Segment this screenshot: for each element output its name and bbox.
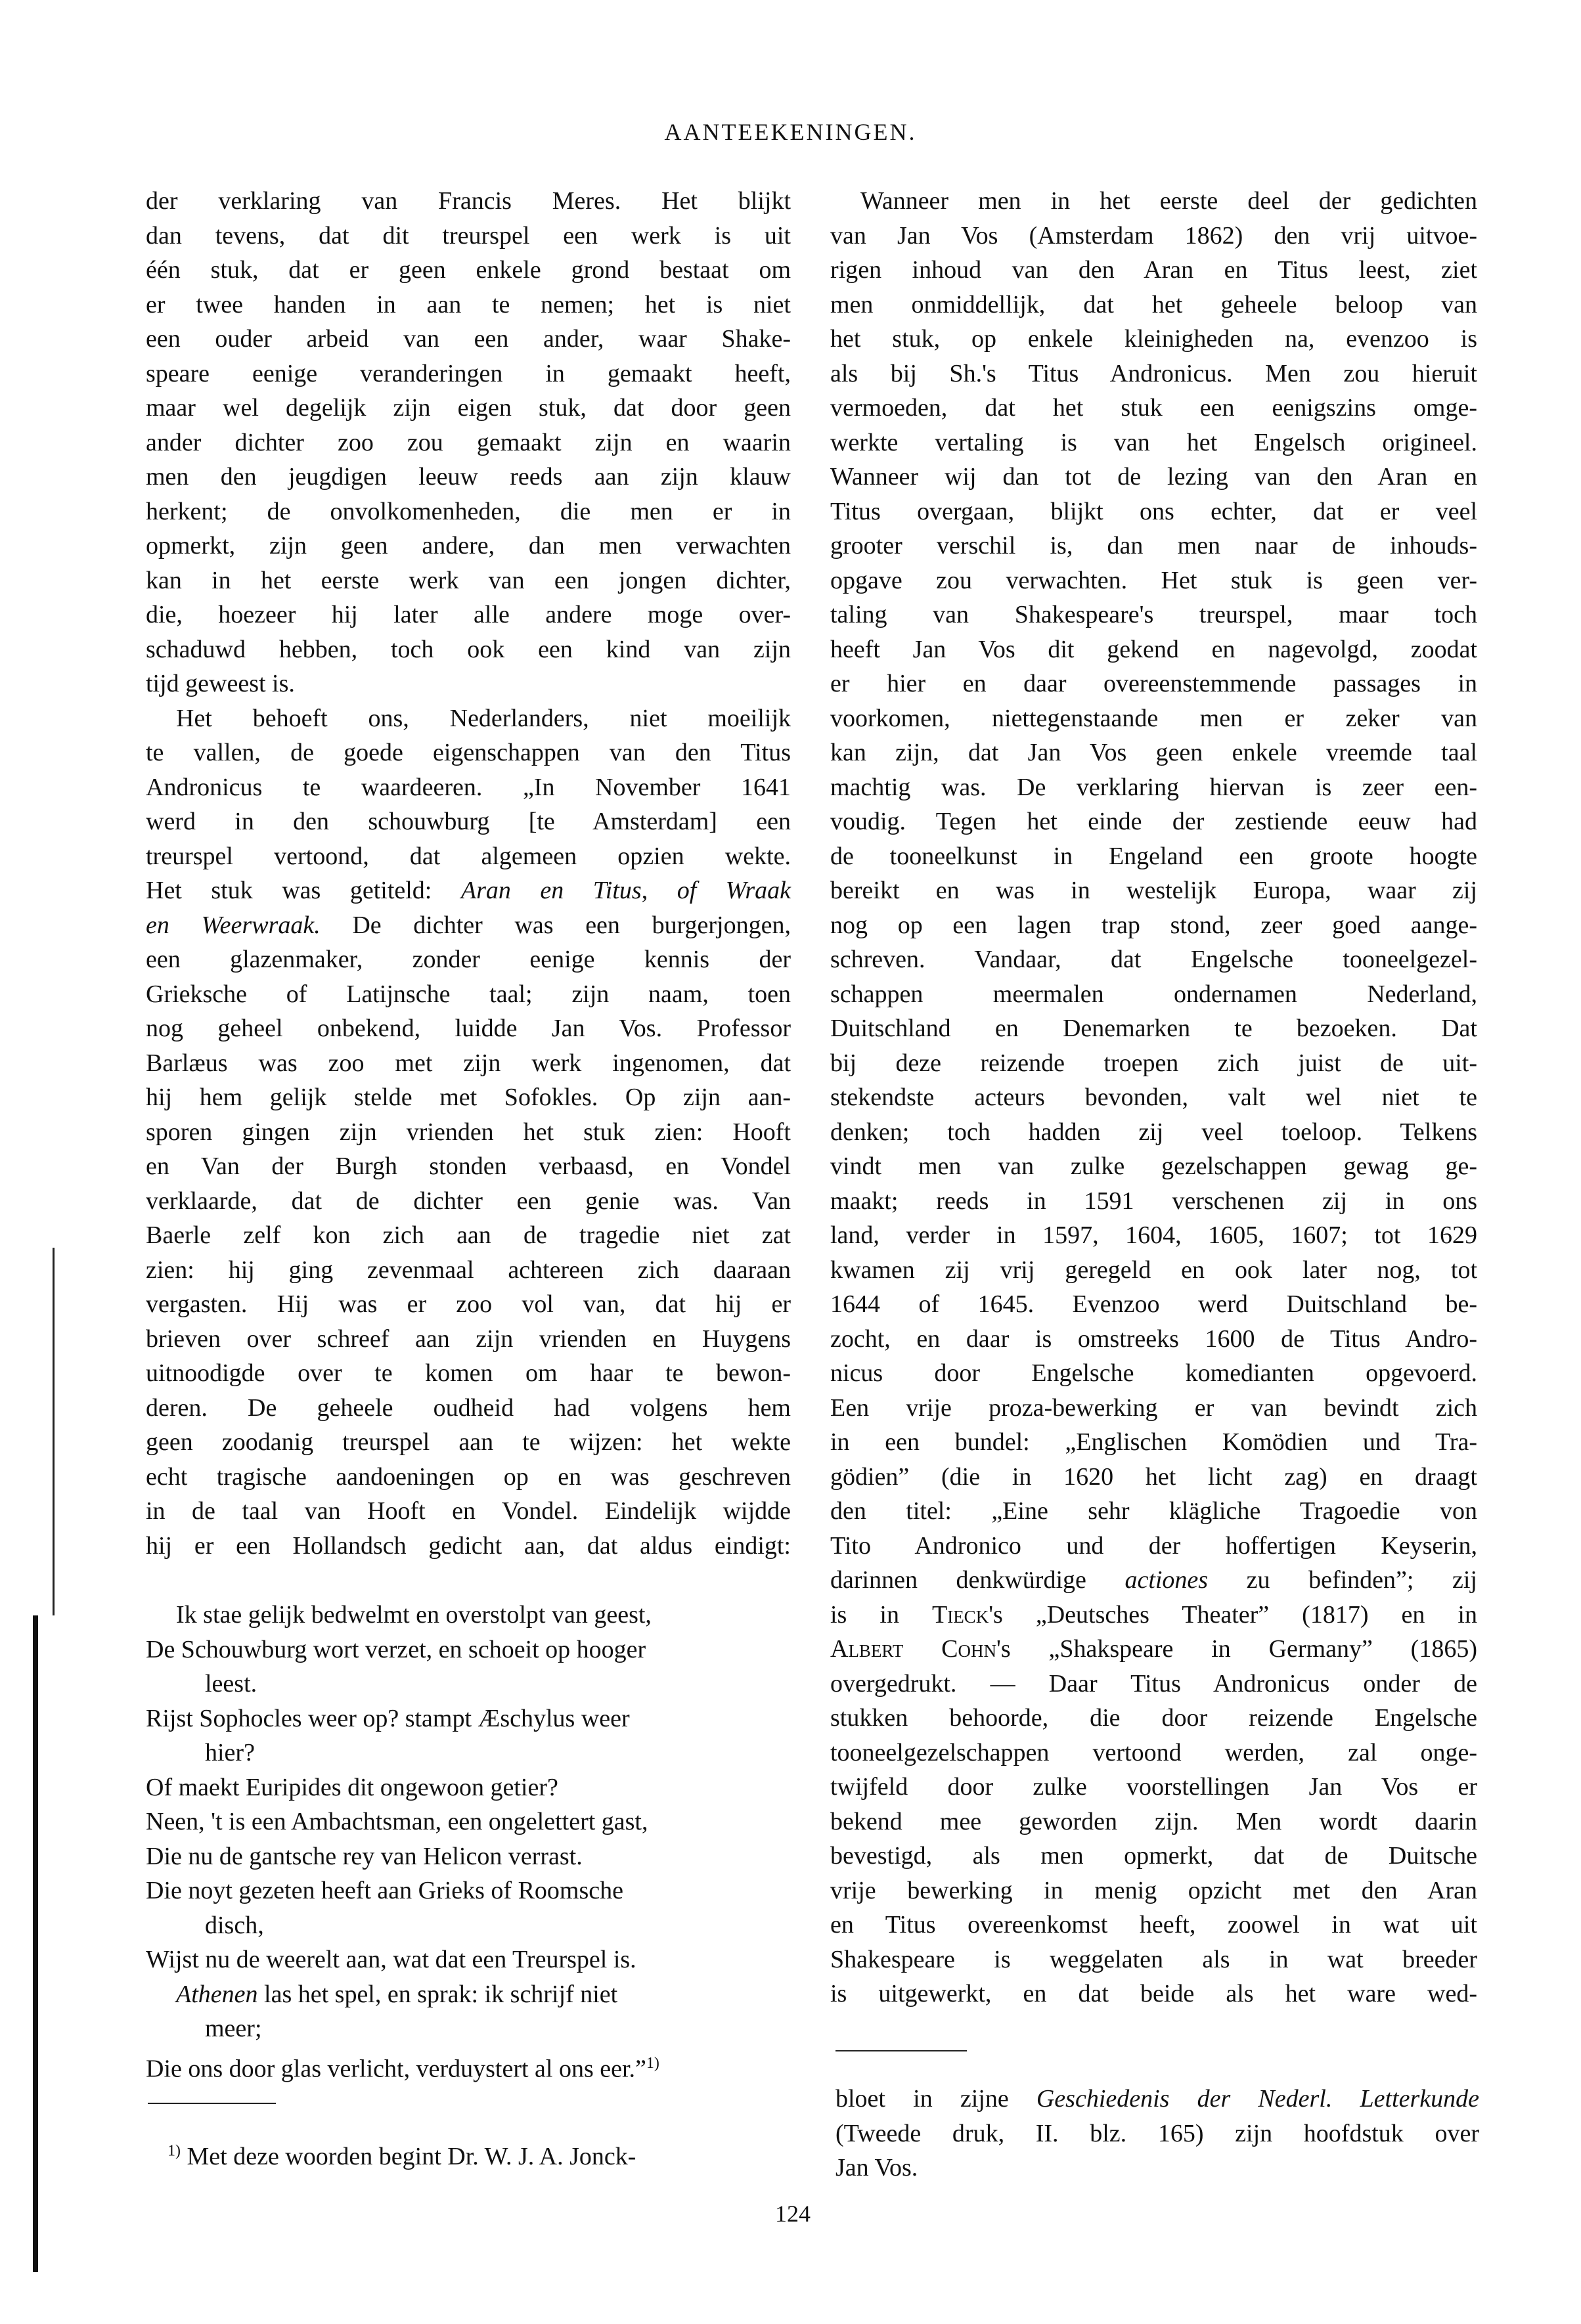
text-line: er twee handen in aan te nemen; het is n… bbox=[146, 288, 791, 322]
text-line: het stuk, op enkele kleinigheden na, eve… bbox=[830, 322, 1477, 357]
text-line: tooneelgezelschappen vertoond werden, za… bbox=[830, 1736, 1477, 1770]
text-line: Duitschland en Denemarken te bezoeken. D… bbox=[830, 1011, 1477, 1046]
play-subtitle: of Wraak bbox=[677, 877, 791, 904]
running-header: AANTEEKENINGEN. bbox=[0, 118, 1581, 146]
footnote-line: Jan Vos. bbox=[835, 2151, 1479, 2185]
text-line: treurspel vertoond, dat algemeen opzien … bbox=[146, 839, 791, 874]
text-line: bereikt en was in westelijk Europa, waar… bbox=[830, 873, 1477, 908]
footnote-line: (Tweede druk, II. blz. 165) zijn hoofdst… bbox=[835, 2116, 1479, 2151]
italic-word: Athenen bbox=[176, 1981, 258, 2008]
text-line: darinnen denkwürdige actiones zu befinde… bbox=[830, 1563, 1477, 1598]
text-run: Die ons door glas verlicht, verduystert … bbox=[146, 2055, 646, 2082]
text-line: Een vrije proza-bewerking er van bevindt… bbox=[830, 1391, 1477, 1426]
footnote-left: 1) Met deze woorden begint Dr. W. J. A. … bbox=[167, 2142, 636, 2171]
footnote-text: Met deze woorden begint Dr. W. J. A. Jon… bbox=[187, 2143, 636, 2170]
text-line: zocht, en daar is omstreeks 1600 de Titu… bbox=[830, 1322, 1477, 1357]
verse-line: Wijst nu de weerelt aan, wat dat een Tre… bbox=[146, 1942, 791, 1977]
footnote-marker: 1) bbox=[167, 2142, 181, 2159]
text-line: zien: hij ging zevenmaal achtereen zich … bbox=[146, 1253, 791, 1288]
text-line: grooter verschil is, dan men naar de inh… bbox=[830, 529, 1477, 563]
text-line: is uitgewerkt, en dat beide als het ware… bbox=[830, 1977, 1477, 2011]
book-title: Geschiedenis der Nederl. Letterkunde bbox=[1036, 2085, 1479, 2113]
footnote-divider bbox=[835, 2050, 967, 2051]
right-column: Wanneer men in het eerste deel der gedic… bbox=[830, 184, 1477, 2011]
text-line: brieven over schreef aan zijn vrienden e… bbox=[146, 1322, 791, 1357]
text-line: vergasten. Hij was er zoo vol van, dat h… bbox=[146, 1287, 791, 1322]
author-name: Albert Cohn bbox=[830, 1635, 996, 1663]
text-line: kwamen zij vrij geregeld en ook later no… bbox=[830, 1253, 1477, 1288]
text-line: Wanneer wij dan tot de lezing van den Ar… bbox=[830, 460, 1477, 494]
text-run: zu befinden”; zij bbox=[1208, 1566, 1477, 1594]
play-subtitle-cont: en Weerwraak. bbox=[146, 911, 321, 939]
text-line: als bij Sh.'s Titus Andronicus. Men zou … bbox=[830, 357, 1477, 391]
text-line: Barlæus was zoo met zijn werk ingenomen,… bbox=[146, 1046, 791, 1081]
text-line: rigen inhoud van den Aran en Titus leest… bbox=[830, 253, 1477, 288]
text-line: ander dichter zoo zou gemaakt zijn en wa… bbox=[146, 426, 791, 460]
scan-binding-edge bbox=[33, 1615, 38, 2272]
text-line: in een bundel: „Englischen Komödien und … bbox=[830, 1425, 1477, 1460]
text-line: Tito Andronico und der hoffertigen Keyse… bbox=[830, 1529, 1477, 1564]
text-run: 's „Deutsches Theater” (1817) en in bbox=[989, 1601, 1477, 1629]
text-line: schappen meermalen ondernamen Nederland, bbox=[830, 977, 1477, 1012]
text-line: machtig was. De verklaring hiervan is ze… bbox=[830, 770, 1477, 805]
text-line: de tooneelkunst in Engeland een groote h… bbox=[830, 839, 1477, 874]
text-line: twijfeld door zulke voorstellingen Jan V… bbox=[830, 1770, 1477, 1805]
verse-line: Die nu de gantsche rey van Helicon verra… bbox=[146, 1839, 791, 1874]
text-line: der verklaring van Francis Meres. Het bl… bbox=[146, 184, 791, 219]
text-line: werkte vertaling is van het Engelsch ori… bbox=[830, 426, 1477, 460]
text-line: een glazenmaker, zonder eenige kennis de… bbox=[146, 942, 791, 977]
text-line: één stuk, dat er geen enkele grond besta… bbox=[146, 253, 791, 288]
verse-line: Ik stae gelijk bedwelmt en overstolpt va… bbox=[146, 1598, 791, 1633]
paragraph-1: der verklaring van Francis Meres. Het bl… bbox=[146, 184, 791, 701]
text-run: darinnen denkwürdige bbox=[830, 1566, 1125, 1594]
text-run: 's „Shakspeare in Germany” (1865) bbox=[996, 1635, 1477, 1663]
text-line: taling van Shakespeare's treurspel, maar… bbox=[830, 598, 1477, 632]
text-line: kan in het eerste werk van een jongen di… bbox=[146, 563, 791, 598]
text-line: bij deze reizende troepen zich juist de … bbox=[830, 1046, 1477, 1081]
text-line: tijd geweest is. bbox=[146, 667, 791, 701]
text-run: bloet in zijne bbox=[835, 2085, 1036, 2113]
text-run: , bbox=[642, 877, 677, 904]
text-line: Andronicus te waardeeren. „In November 1… bbox=[146, 770, 791, 805]
text-line: dan tevens, dat dit treurspel een werk i… bbox=[146, 219, 791, 253]
text-line: speare eenige veranderingen in gemaakt h… bbox=[146, 357, 791, 391]
text-line: stekendste acteurs bevonden, valt wel ni… bbox=[830, 1080, 1477, 1115]
text-line: bekend mee geworden zijn. Men wordt daar… bbox=[830, 1805, 1477, 1839]
text-line: opmerkt, zijn geen andere, dan men verwa… bbox=[146, 529, 791, 563]
footnote-divider bbox=[148, 2103, 276, 2104]
text-line: deren. De geheele oudheid had volgens he… bbox=[146, 1391, 791, 1426]
text-line: maakt; reeds in 1591 verschenen zij in o… bbox=[830, 1184, 1477, 1219]
text-run: is in bbox=[830, 1601, 932, 1629]
poem-quote: Ik stae gelijk bedwelmt en overstolpt va… bbox=[146, 1598, 791, 2080]
italic-word: actiones bbox=[1125, 1566, 1208, 1594]
text-line: land, verder in 1597, 1604, 1605, 1607; … bbox=[830, 1218, 1477, 1253]
verse-line-continuation: hier? bbox=[146, 1736, 791, 1770]
verse-line-continuation: meer; bbox=[146, 2011, 791, 2046]
text-line: hij er een Hollandsch gedicht aan, dat a… bbox=[146, 1529, 791, 1564]
text-line: vrije bewerking in menig opzicht met den… bbox=[830, 1874, 1477, 1908]
text-line: die, hoezeer hij later alle andere moge … bbox=[146, 598, 791, 632]
author-name: Tieck bbox=[932, 1601, 989, 1629]
footnote-line: bloet in zijne Geschiedenis der Nederl. … bbox=[835, 2082, 1479, 2116]
verse-line: Neen, 't is een Ambachtsman, een ongelet… bbox=[146, 1805, 791, 1839]
text-line: heeft Jan Vos dit gekend en nagevolgd, z… bbox=[830, 632, 1477, 667]
text-line: Het stuk was getiteld: Aran en Titus, of… bbox=[146, 873, 791, 908]
text-line: hij hem gelijk stelde met Sofokles. Op z… bbox=[146, 1080, 791, 1115]
text-line: in de taal van Hooft en Vondel. Eindelij… bbox=[146, 1494, 791, 1529]
text-line: nicus door Engelsche komedianten opgevoe… bbox=[830, 1356, 1477, 1391]
text-line: geen zoodanig treurspel aan te wijzen: h… bbox=[146, 1425, 791, 1460]
text-line: schreven. Vandaar, dat Engelsche tooneel… bbox=[830, 942, 1477, 977]
text-line: denken; toch hadden zij veel toeloop. Te… bbox=[830, 1115, 1477, 1150]
verse-line: Rijst Sophocles weer op? stampt Æschylus… bbox=[146, 1701, 791, 1736]
text-line: Albert Cohn's „Shakspeare in Germany” (1… bbox=[830, 1632, 1477, 1667]
text-line: voudig. Tegen het einde der zestiende ee… bbox=[830, 804, 1477, 839]
text-line: herkent; de onvolkomenheden, die men er … bbox=[146, 494, 791, 529]
text-line: stukken behoorde, die door reizende Enge… bbox=[830, 1701, 1477, 1736]
paragraph-2: Het behoeft ons, Nederlanders, niet moei… bbox=[146, 701, 791, 1564]
text-line: een ouder arbeid van een ander, waar Sha… bbox=[146, 322, 791, 357]
text-line: vindt men van zulke gezelschappen gewag … bbox=[830, 1149, 1477, 1184]
text-line: echt tragische aandoeningen op en was ge… bbox=[146, 1460, 791, 1495]
scan-margin-line bbox=[53, 1248, 55, 1615]
text-line: schaduwd hebben, toch ook een kind van z… bbox=[146, 632, 791, 667]
text-run: Het stuk was getiteld: bbox=[146, 877, 461, 904]
verse-line: Of maekt Euripides dit ongewoon getier? bbox=[146, 1770, 791, 1805]
page-number: 124 bbox=[775, 2200, 811, 2227]
text-line: uitnoodigde over te komen om haar te bew… bbox=[146, 1356, 791, 1391]
text-line: Wanneer men in het eerste deel der gedic… bbox=[830, 184, 1477, 219]
text-line: maar wel degelijk zijn eigen stuk, dat d… bbox=[146, 391, 791, 426]
verse-line: De Schouwburg wort verzet, en schoeit op… bbox=[146, 1633, 791, 1667]
text-line: vermoeden, dat het stuk een eenigszins o… bbox=[830, 391, 1477, 426]
text-line: verklaarde, dat de dichter een genie was… bbox=[146, 1184, 791, 1219]
text-line: sporen gingen zijn vrienden het stuk zie… bbox=[146, 1115, 791, 1150]
text-line: en Titus overeenkomst heeft, zoowel in w… bbox=[830, 1908, 1477, 1942]
verse-line-continuation: leest. bbox=[146, 1667, 791, 1701]
footnote-reference[interactable]: 1) bbox=[646, 2055, 659, 2072]
text-line: er hier en daar overeenstemmende passage… bbox=[830, 667, 1477, 701]
text-line: overgedrukt. — Daar Titus Andronicus ond… bbox=[830, 1667, 1477, 1701]
verse-line: Die ons door glas verlicht, verduystert … bbox=[146, 2046, 791, 2081]
verse-line-continuation: disch, bbox=[146, 1908, 791, 1943]
text-line: men den jeugdigen leeuw reeds aan zijn k… bbox=[146, 460, 791, 494]
text-line: kan zijn, dat Jan Vos geen enkele vreemd… bbox=[830, 735, 1477, 770]
text-line: en Van der Burgh stonden verbaasd, en Vo… bbox=[146, 1149, 791, 1184]
text-line: is in Tieck's „Deutsches Theater” (1817)… bbox=[830, 1598, 1477, 1633]
text-line: en Weerwraak. De dichter was een burgerj… bbox=[146, 908, 791, 943]
text-line: van Jan Vos (Amsterdam 1862) den vrij ui… bbox=[830, 219, 1477, 253]
text-line: nog op een lagen trap stond, zeer goed a… bbox=[830, 908, 1477, 943]
text-line: men onmiddellijk, dat het geheele beloop… bbox=[830, 288, 1477, 322]
text-run: De dichter was een burgerjongen, bbox=[321, 911, 791, 939]
text-line: Shakespeare is weggelaten als in wat bre… bbox=[830, 1942, 1477, 1977]
text-line: voorkomen, niettegenstaande men er zeker… bbox=[830, 701, 1477, 736]
left-column: der verklaring van Francis Meres. Het bl… bbox=[146, 184, 791, 2080]
text-line: Grieksche of Latijnsche taal; zijn naam,… bbox=[146, 977, 791, 1012]
text-line: Baerle zelf kon zich aan de tragedie nie… bbox=[146, 1218, 791, 1253]
text-line: Het behoeft ons, Nederlanders, niet moei… bbox=[146, 701, 791, 736]
text-line: werd in den schouwburg [te Amsterdam] ee… bbox=[146, 804, 791, 839]
footnote-right: bloet in zijne Geschiedenis der Nederl. … bbox=[835, 2082, 1479, 2185]
text-line: bevestigd, als men opmerkt, dat de Duits… bbox=[830, 1839, 1477, 1874]
text-line: 1644 of 1645. Evenzoo werd Duitschland b… bbox=[830, 1287, 1477, 1322]
text-line: den titel: „Eine sehr klägliche Tragoedi… bbox=[830, 1494, 1477, 1529]
text-line: gödien” (die in 1620 het licht zag) en d… bbox=[830, 1460, 1477, 1495]
text-line: opgave zou verwachten. Het stuk is geen … bbox=[830, 563, 1477, 598]
play-title: Aran en Titus bbox=[461, 877, 642, 904]
verse-line: Die noyt gezeten heeft aan Grieks of Roo… bbox=[146, 1874, 791, 1908]
text-line: nog geheel onbekend, luidde Jan Vos. Pro… bbox=[146, 1011, 791, 1046]
text-line: te vallen, de goede eigenschappen van de… bbox=[146, 735, 791, 770]
verse-line: Athenen las het spel, en sprak: ik schri… bbox=[146, 1977, 791, 2012]
text-run: las het spel, en sprak: ik schrijf niet bbox=[258, 1981, 618, 2008]
text-line: Titus overgaan, blijkt ons echter, dat e… bbox=[830, 494, 1477, 529]
